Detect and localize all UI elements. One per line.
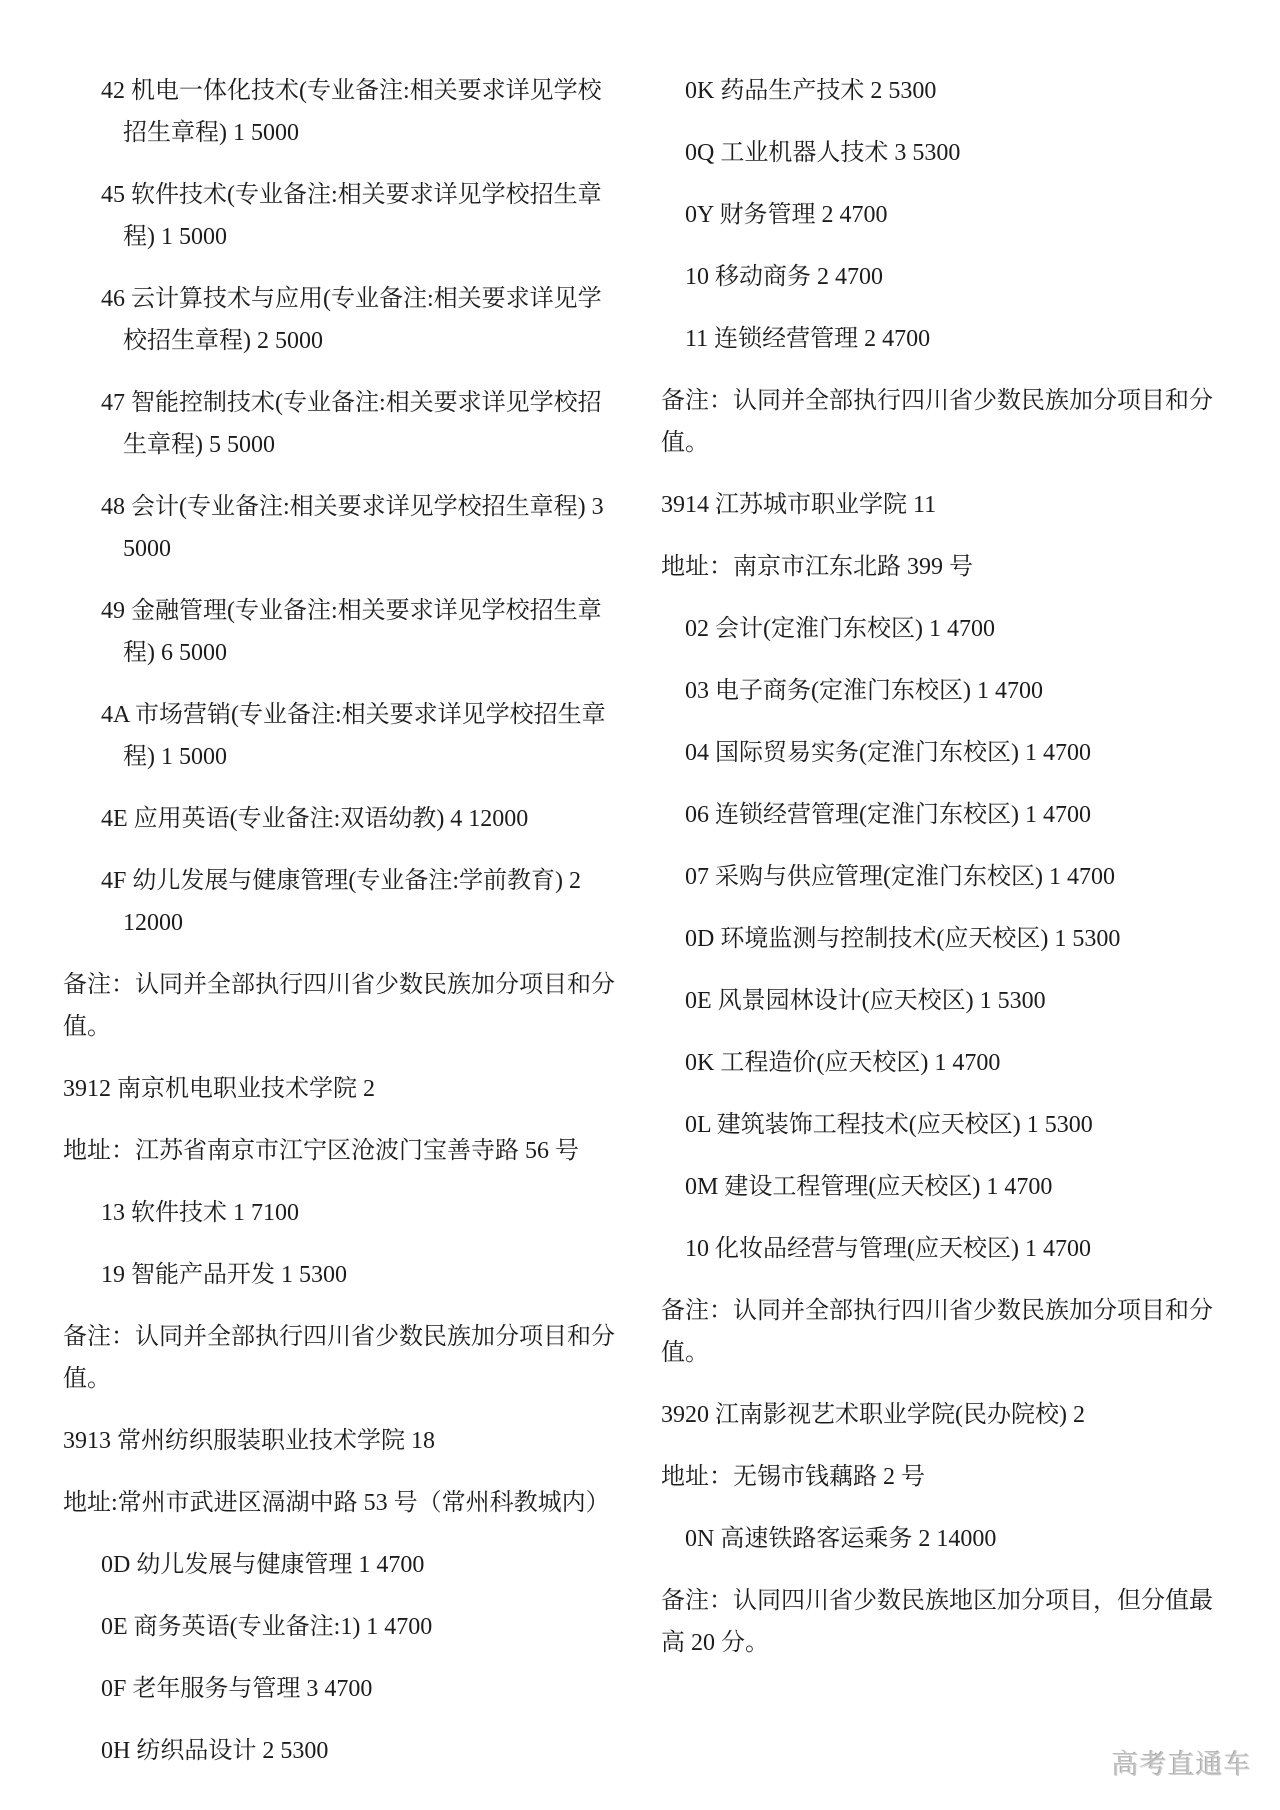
document-line: 高 20 分。	[661, 1622, 1221, 1664]
address-line: 地址：无锡市钱藕路 2 号	[661, 1456, 1221, 1498]
program-entry: 47 智能控制技术(专业备注:相关要求详见学校招生章程) 5 5000	[63, 382, 623, 466]
document-line: 值。	[63, 1358, 623, 1400]
document-line: 49 金融管理(专业备注:相关要求详见学校招生章	[63, 590, 623, 632]
program-entry: 0E 商务英语(专业备注:1) 1 4700	[63, 1606, 623, 1648]
program-entry: 0N 高速铁路客运乘务 2 14000	[661, 1518, 1221, 1560]
document-line: 备注：认同并全部执行四川省少数民族加分项目和分	[661, 380, 1221, 422]
program-entry: 0H 纺织品设计 2 5300	[63, 1730, 623, 1772]
program-entry: 19 智能产品开发 1 5300	[63, 1254, 623, 1296]
program-entry: 10 移动商务 2 4700	[661, 256, 1221, 298]
document-line: 生章程) 5 5000	[63, 424, 623, 466]
document-line: 02 会计(定淮门东校区) 1 4700	[661, 608, 1221, 650]
document-line: 06 连锁经营管理(定淮门东校区) 1 4700	[661, 794, 1221, 836]
document-line: 04 国际贸易实务(定淮门东校区) 1 4700	[661, 732, 1221, 774]
text-column-left: 42 机电一体化技术(专业备注:相关要求详见学校招生章程) 1 500045 软…	[63, 70, 623, 1792]
program-entry: 04 国际贸易实务(定淮门东校区) 1 4700	[661, 732, 1221, 774]
document-line: 0Y 财务管理 2 4700	[661, 194, 1221, 236]
program-entry: 4F 幼儿发展与健康管理(专业备注:学前教育) 212000	[63, 860, 623, 944]
document-line: 0F 老年服务与管理 3 4700	[63, 1668, 623, 1710]
watermark: 高考直通车	[1112, 1743, 1252, 1782]
document-line: 0L 建筑装饰工程技术(应天校区) 1 5300	[661, 1104, 1221, 1146]
document-line: 地址：南京市江东北路 399 号	[661, 546, 1221, 588]
document-line: 程) 1 5000	[63, 216, 623, 258]
address-line: 地址：南京市江东北路 399 号	[661, 546, 1221, 588]
program-entry: 0L 建筑装饰工程技术(应天校区) 1 5300	[661, 1104, 1221, 1146]
program-entry: 10 化妆品经营与管理(应天校区) 1 4700	[661, 1228, 1221, 1270]
document-line: 备注：认同四川省少数民族地区加分项目，但分值最	[661, 1580, 1221, 1622]
document-line: 3920 江南影视艺术职业学院(民办院校) 2	[661, 1394, 1221, 1436]
document-line: 10 化妆品经营与管理(应天校区) 1 4700	[661, 1228, 1221, 1270]
document-line: 0E 商务英语(专业备注:1) 1 4700	[63, 1606, 623, 1648]
document-line: 校招生章程) 2 5000	[63, 320, 623, 362]
document-line: 10 移动商务 2 4700	[661, 256, 1221, 298]
program-entry: 49 金融管理(专业备注:相关要求详见学校招生章程) 6 5000	[63, 590, 623, 674]
document-line: 0Q 工业机器人技术 3 5300	[661, 132, 1221, 174]
college-heading: 3920 江南影视艺术职业学院(民办院校) 2	[661, 1394, 1221, 1436]
document-line: 3914 江苏城市职业学院 11	[661, 484, 1221, 526]
program-entry: 48 会计(专业备注:相关要求详见学校招生章程) 35000	[63, 486, 623, 570]
program-entry: 0F 老年服务与管理 3 4700	[63, 1668, 623, 1710]
document-line: 4A 市场营销(专业备注:相关要求详见学校招生章	[63, 694, 623, 736]
program-entry: 07 采购与供应管理(定淮门东校区) 1 4700	[661, 856, 1221, 898]
program-entry: 0K 药品生产技术 2 5300	[661, 70, 1221, 112]
document-line: 4F 幼儿发展与健康管理(专业备注:学前教育) 2	[63, 860, 623, 902]
document-line: 地址：江苏省南京市江宁区沧波门宝善寺路 56 号	[63, 1130, 623, 1172]
program-entry: 0Q 工业机器人技术 3 5300	[661, 132, 1221, 174]
note-paragraph: 备注：认同四川省少数民族地区加分项目，但分值最高 20 分。	[661, 1580, 1221, 1664]
document-line: 程) 1 5000	[63, 736, 623, 778]
document-line: 地址:常州市武进区滆湖中路 53 号（常州科教城内）	[63, 1482, 623, 1524]
document-line: 13 软件技术 1 7100	[63, 1192, 623, 1234]
text-column-right: 0K 药品生产技术 2 53000Q 工业机器人技术 3 53000Y 财务管理…	[661, 70, 1221, 1684]
program-entry: 0D 幼儿发展与健康管理 1 4700	[63, 1544, 623, 1586]
college-heading: 3913 常州纺织服装职业技术学院 18	[63, 1420, 623, 1462]
document-line: 11 连锁经营管理 2 4700	[661, 318, 1221, 360]
program-entry: 42 机电一体化技术(专业备注:相关要求详见学校招生章程) 1 5000	[63, 70, 623, 154]
document-line: 备注：认同并全部执行四川省少数民族加分项目和分	[63, 1316, 623, 1358]
note-paragraph: 备注：认同并全部执行四川省少数民族加分项目和分值。	[63, 1316, 623, 1400]
address-line: 地址:常州市武进区滆湖中路 53 号（常州科教城内）	[63, 1482, 623, 1524]
document-line: 3912 南京机电职业技术学院 2	[63, 1068, 623, 1110]
document-line: 5000	[63, 528, 623, 570]
document-line: 46 云计算技术与应用(专业备注:相关要求详见学	[63, 278, 623, 320]
program-entry: 03 电子商务(定淮门东校区) 1 4700	[661, 670, 1221, 712]
program-entry: 0M 建设工程管理(应天校区) 1 4700	[661, 1166, 1221, 1208]
document-line: 0K 药品生产技术 2 5300	[661, 70, 1221, 112]
program-entry: 02 会计(定淮门东校区) 1 4700	[661, 608, 1221, 650]
program-entry: 0E 风景园林设计(应天校区) 1 5300	[661, 980, 1221, 1022]
document-line: 地址：无锡市钱藕路 2 号	[661, 1456, 1221, 1498]
program-entry: 06 连锁经营管理(定淮门东校区) 1 4700	[661, 794, 1221, 836]
note-paragraph: 备注：认同并全部执行四川省少数民族加分项目和分值。	[63, 964, 623, 1048]
note-paragraph: 备注：认同并全部执行四川省少数民族加分项目和分值。	[661, 380, 1221, 464]
document-line: 程) 6 5000	[63, 632, 623, 674]
document-line: 12000	[63, 902, 623, 944]
document-line: 值。	[661, 422, 1221, 464]
program-entry: 0Y 财务管理 2 4700	[661, 194, 1221, 236]
program-entry: 4A 市场营销(专业备注:相关要求详见学校招生章程) 1 5000	[63, 694, 623, 778]
document-page: 42 机电一体化技术(专业备注:相关要求详见学校招生章程) 1 500045 软…	[0, 0, 1280, 1810]
program-entry: 0K 工程造价(应天校区) 1 4700	[661, 1042, 1221, 1084]
program-entry: 11 连锁经营管理 2 4700	[661, 318, 1221, 360]
document-line: 42 机电一体化技术(专业备注:相关要求详见学校	[63, 70, 623, 112]
document-line: 19 智能产品开发 1 5300	[63, 1254, 623, 1296]
document-line: 47 智能控制技术(专业备注:相关要求详见学校招	[63, 382, 623, 424]
document-line: 招生章程) 1 5000	[63, 112, 623, 154]
document-line: 4E 应用英语(专业备注:双语幼教) 4 12000	[63, 798, 623, 840]
college-heading: 3912 南京机电职业技术学院 2	[63, 1068, 623, 1110]
document-line: 备注：认同并全部执行四川省少数民族加分项目和分	[63, 964, 623, 1006]
document-line: 03 电子商务(定淮门东校区) 1 4700	[661, 670, 1221, 712]
document-line: 0N 高速铁路客运乘务 2 14000	[661, 1518, 1221, 1560]
program-entry: 4E 应用英语(专业备注:双语幼教) 4 12000	[63, 798, 623, 840]
document-line: 48 会计(专业备注:相关要求详见学校招生章程) 3	[63, 486, 623, 528]
address-line: 地址：江苏省南京市江宁区沧波门宝善寺路 56 号	[63, 1130, 623, 1172]
document-line: 0E 风景园林设计(应天校区) 1 5300	[661, 980, 1221, 1022]
document-line: 3913 常州纺织服装职业技术学院 18	[63, 1420, 623, 1462]
document-line: 0D 环境监测与控制技术(应天校区) 1 5300	[661, 918, 1221, 960]
document-line: 07 采购与供应管理(定淮门东校区) 1 4700	[661, 856, 1221, 898]
college-heading: 3914 江苏城市职业学院 11	[661, 484, 1221, 526]
document-line: 0D 幼儿发展与健康管理 1 4700	[63, 1544, 623, 1586]
note-paragraph: 备注：认同并全部执行四川省少数民族加分项目和分值。	[661, 1290, 1221, 1374]
program-entry: 13 软件技术 1 7100	[63, 1192, 623, 1234]
document-line: 备注：认同并全部执行四川省少数民族加分项目和分	[661, 1290, 1221, 1332]
program-entry: 46 云计算技术与应用(专业备注:相关要求详见学校招生章程) 2 5000	[63, 278, 623, 362]
document-line: 0K 工程造价(应天校区) 1 4700	[661, 1042, 1221, 1084]
document-line: 0H 纺织品设计 2 5300	[63, 1730, 623, 1772]
document-line: 值。	[63, 1006, 623, 1048]
document-line: 0M 建设工程管理(应天校区) 1 4700	[661, 1166, 1221, 1208]
document-line: 45 软件技术(专业备注:相关要求详见学校招生章	[63, 174, 623, 216]
program-entry: 0D 环境监测与控制技术(应天校区) 1 5300	[661, 918, 1221, 960]
document-line: 值。	[661, 1332, 1221, 1374]
program-entry: 45 软件技术(专业备注:相关要求详见学校招生章程) 1 5000	[63, 174, 623, 258]
